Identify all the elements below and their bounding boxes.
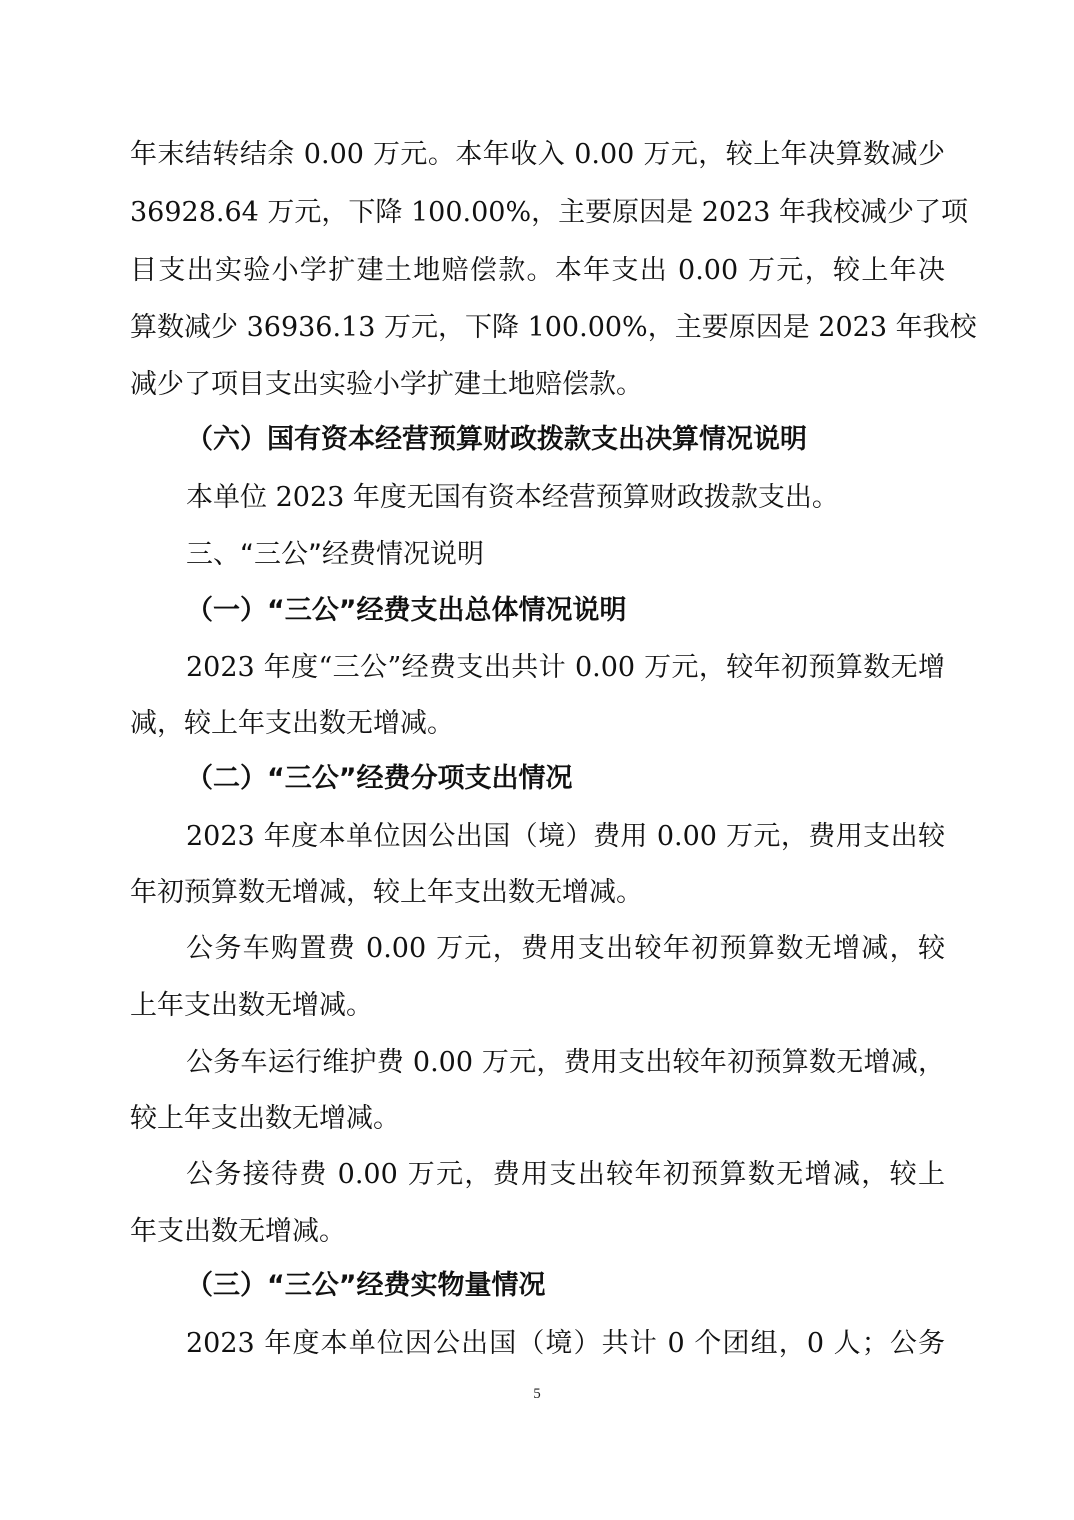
paragraph-line: 公务车购置费 0.00 万元，费用支出较年初预算数无增减，较	[186, 932, 945, 966]
paragraph-line: 减少了项目支出实验小学扩建土地赔偿款。	[130, 368, 945, 402]
paragraph-line: 2023 年度本单位因公出国（境）共计 0 个团组，0 人；公务	[186, 1327, 945, 1361]
paragraph-line: 年支出数无增减。	[130, 1215, 945, 1249]
paragraph-line: 2023 年度本单位因公出国（境）费用 0.00 万元，费用支出较	[186, 820, 945, 854]
document-page: 年末结转结余 0.00 万元。本年收入 0.00 万元，较上年决算数减少 369…	[0, 0, 1074, 1520]
section-heading-1: （一）“三公”经费支出总体情况说明	[186, 594, 1001, 628]
section-heading-6: （六）国有资本经营预算财政拨款支出决算情况说明	[186, 423, 1001, 457]
paragraph-line: 目支出实验小学扩建土地赔偿款。本年支出 0.00 万元，较上年决	[130, 254, 945, 288]
paragraph-line: 年末结转结余 0.00 万元。本年收入 0.00 万元，较上年决算数减少	[130, 138, 945, 172]
paragraph-line: 公务接待费 0.00 万元，费用支出较年初预算数无增减，较上	[186, 1158, 945, 1192]
page-number: 5	[0, 1386, 1074, 1403]
paragraph-line: 公务车运行维护费 0.00 万元，费用支出较年初预算数无增减，	[186, 1046, 945, 1080]
section-heading-3: （三）“三公”经费实物量情况	[186, 1269, 1001, 1303]
paragraph-line: 年初预算数无增减，较上年支出数无增减。	[130, 876, 945, 910]
section-heading-2: （二）“三公”经费分项支出情况	[186, 762, 1001, 796]
paragraph-line: 减，较上年支出数无增减。	[130, 707, 945, 741]
paragraph-line: 上年支出数无增减。	[130, 989, 945, 1023]
paragraph-line: 36928.64 万元，下降 100.00%，主要原因是 2023 年我校减少了…	[130, 196, 945, 230]
paragraph-line: 2023 年度“三公”经费支出共计 0.00 万元，较年初预算数无增	[186, 651, 945, 685]
paragraph-line: 算数减少 36936.13 万元，下降 100.00%，主要原因是 2023 年…	[130, 311, 945, 345]
paragraph-line: 本单位 2023 年度无国有资本经营预算财政拨款支出。	[186, 481, 945, 515]
paragraph-line: 较上年支出数无增减。	[130, 1102, 945, 1136]
chapter-heading-3: 三、“三公”经费情况说明	[186, 538, 1001, 572]
